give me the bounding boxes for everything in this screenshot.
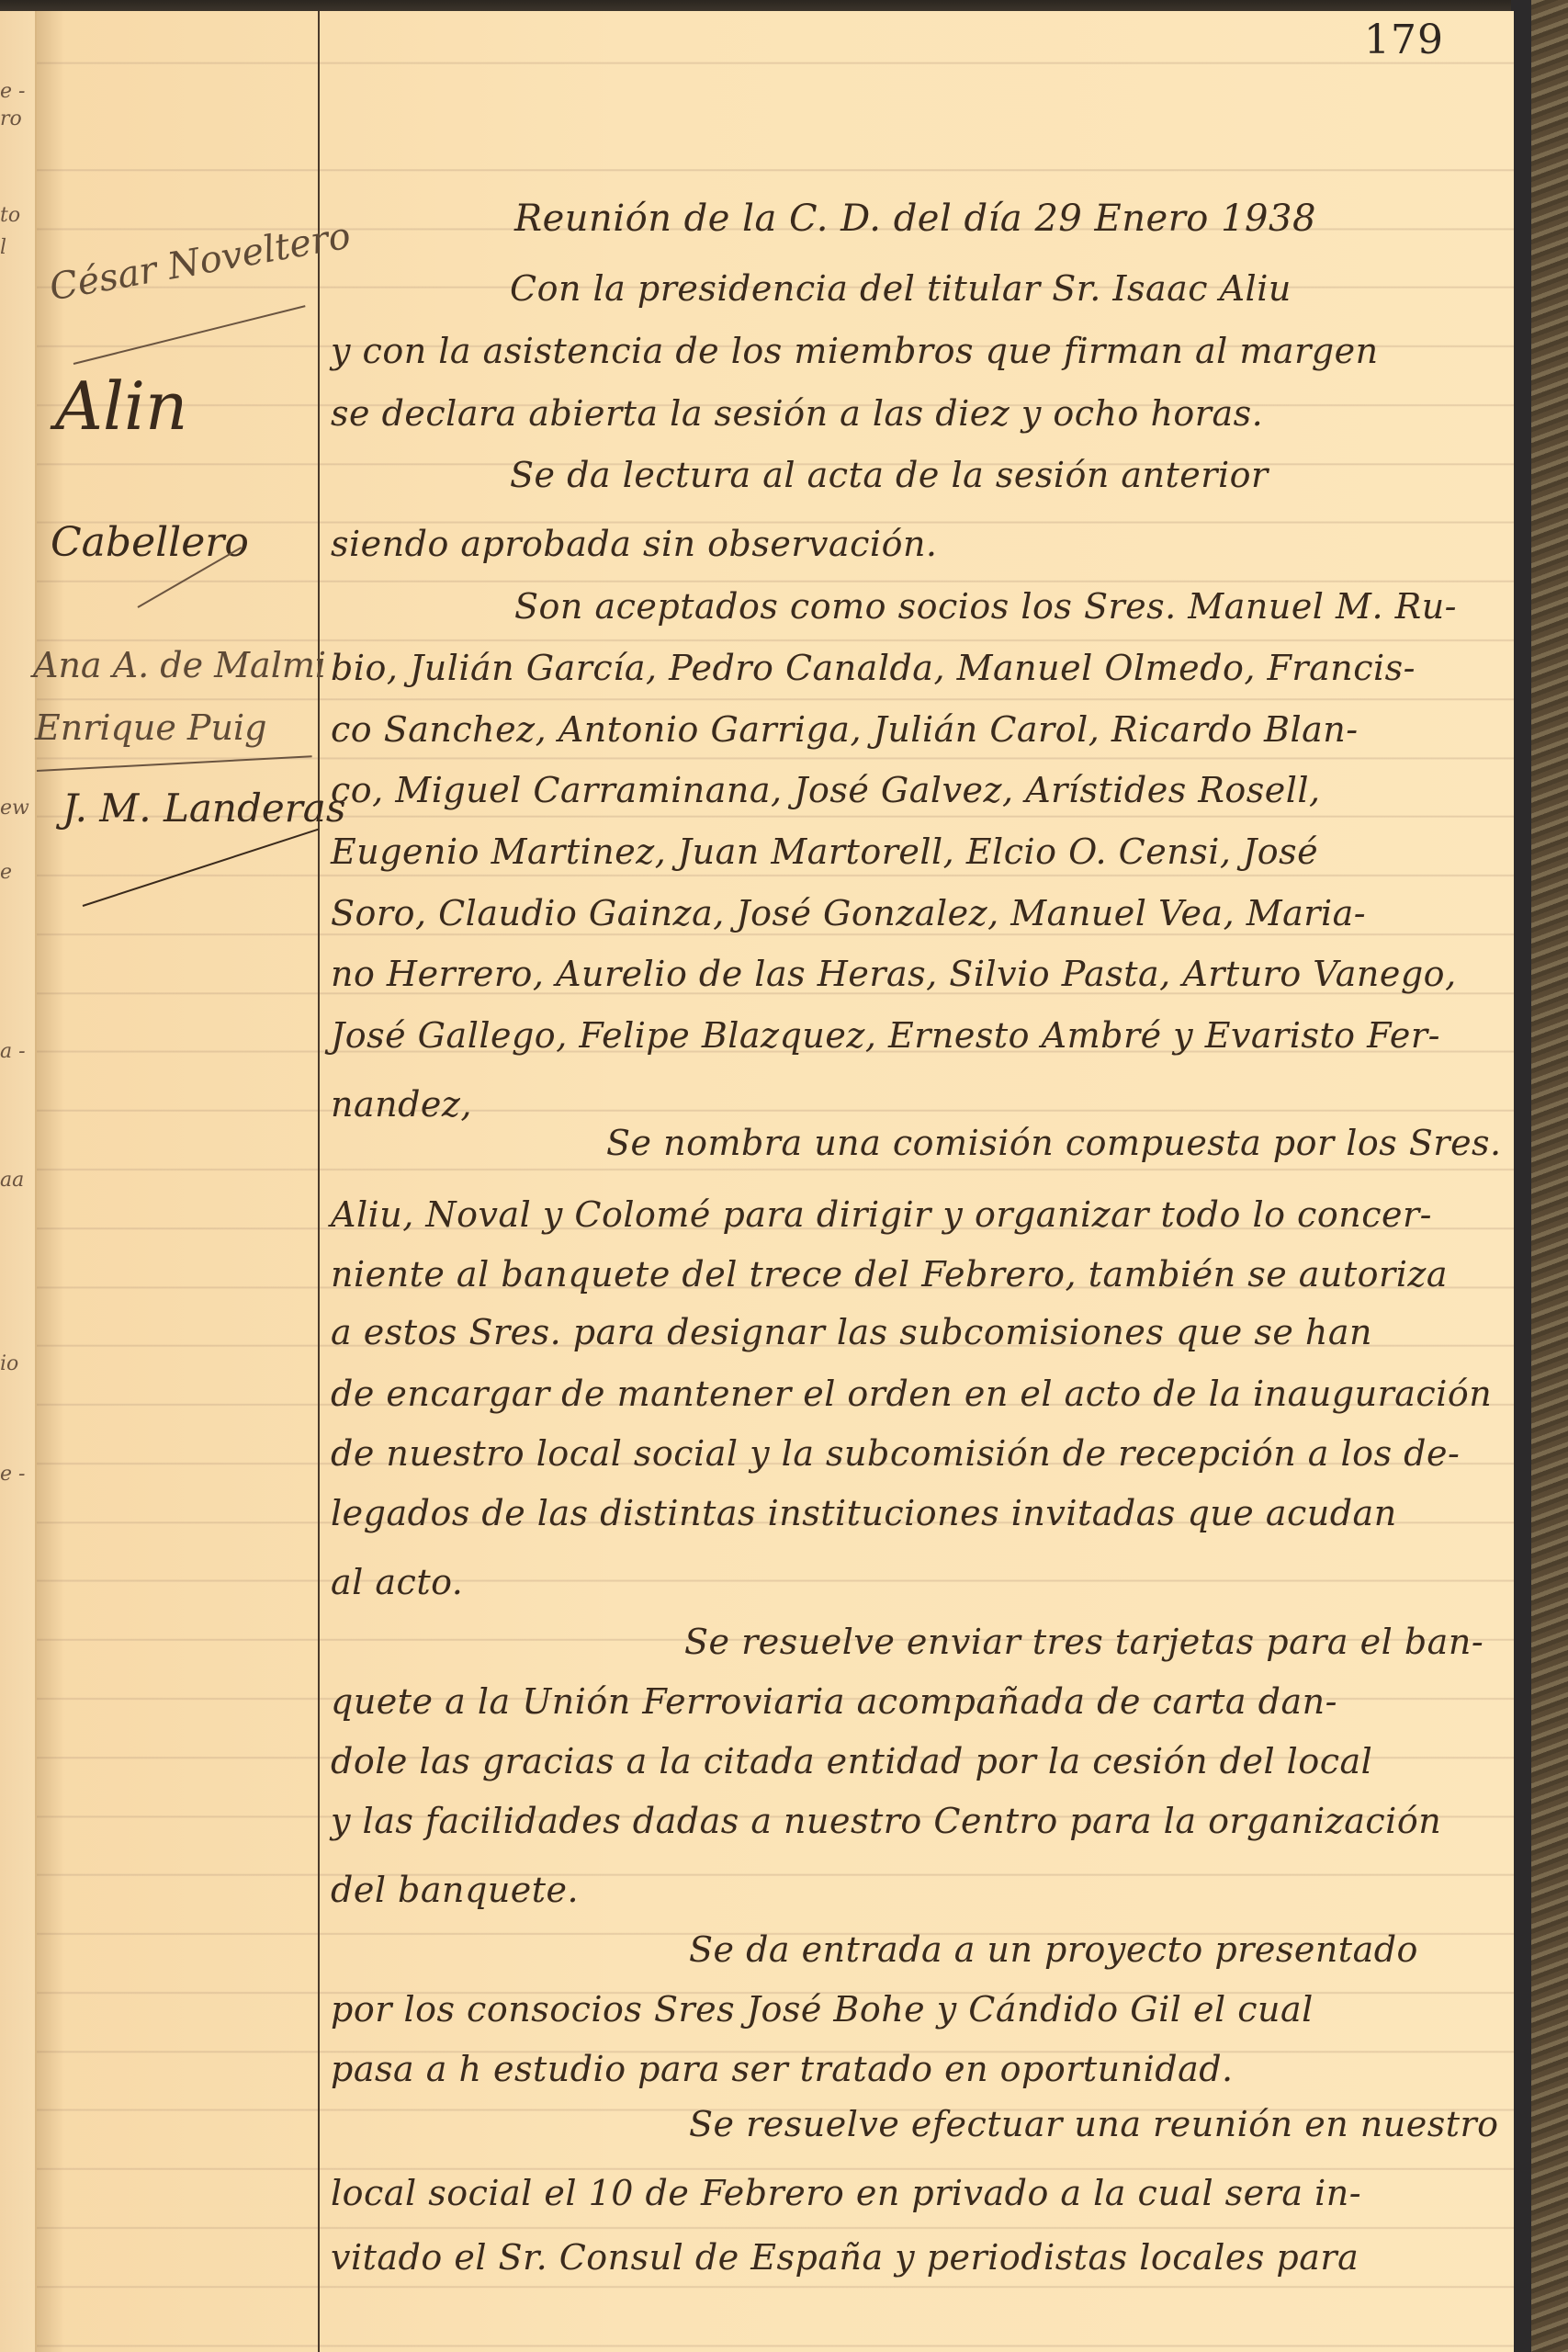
text-line: y las facilidades dadas a nuestro Centro… bbox=[331, 1801, 1441, 1841]
signature: J. M. Landeras bbox=[62, 786, 345, 831]
facing-fragment: a - bbox=[0, 1040, 26, 1063]
text-line: Eugenio Martinez, Juan Martorell, Elcio … bbox=[331, 831, 1318, 872]
facing-fragment: l bbox=[0, 236, 6, 259]
text-line: José Gallego, Felipe Blazquez, Ernesto A… bbox=[331, 1015, 1440, 1056]
text-line: se declara abierta la sesión a las diez … bbox=[331, 393, 1263, 434]
text-line: de encargar de mantener el orden en el a… bbox=[331, 1374, 1492, 1414]
facing-fragment: to bbox=[0, 204, 20, 227]
text-line: bio, Julián García, Pedro Canalda, Manue… bbox=[331, 648, 1416, 688]
text-line: Son aceptados como socios los Sres. Manu… bbox=[514, 586, 1457, 627]
text-line: Se resuelve efectuar una reunión en nues… bbox=[689, 2104, 1499, 2144]
text-line: del banquete. bbox=[331, 1870, 579, 1910]
cover-edge-strip bbox=[1511, 0, 1531, 2352]
page-number: 179 bbox=[1364, 17, 1444, 63]
text-line: Con la presidencia del titular Sr. Isaac… bbox=[510, 268, 1292, 309]
text-line: local social el 10 de Febrero en privado… bbox=[331, 2173, 1361, 2213]
text-line: Se da entrada a un proyecto presentado bbox=[689, 1929, 1418, 1970]
facing-page-edge: e - ro to l ew e a - aa io e - bbox=[0, 11, 37, 2352]
signature: Enrique Puig bbox=[35, 707, 266, 748]
text-line: Soro, Claudio Gainza, José Gonzalez, Man… bbox=[331, 893, 1366, 933]
margin-rule bbox=[318, 11, 320, 2352]
text-line: legados de las distintas instituciones i… bbox=[331, 1493, 1397, 1533]
facing-fragment: ew bbox=[0, 797, 29, 820]
text-line: Se nombra una comisión compuesta por los… bbox=[606, 1123, 1502, 1163]
text-line: por los consocios Sres José Bohe y Cándi… bbox=[331, 1989, 1314, 2030]
text-line: siendo aprobada sin observación. bbox=[331, 524, 938, 564]
gutter-shadow bbox=[37, 11, 64, 2352]
text-line: quete a la Unión Ferroviaria acompañada … bbox=[331, 1681, 1337, 1722]
text-line: nandez, bbox=[331, 1084, 472, 1125]
text-line: a estos Sres. para designar las subcomis… bbox=[331, 1312, 1372, 1352]
text-line: y con la asistencia de los miembros que … bbox=[331, 331, 1379, 371]
facing-fragment: io bbox=[0, 1352, 18, 1375]
meeting-title: Reunión de la C. D. del día 29 Enero 193… bbox=[514, 198, 1316, 240]
text-line: de nuestro local social y la subcomisión… bbox=[331, 1433, 1460, 1474]
text-line: al acto. bbox=[331, 1562, 463, 1602]
facing-fragment: e - bbox=[0, 80, 25, 103]
text-line: niente al banquete del trece del Febrero… bbox=[331, 1254, 1448, 1295]
facing-fragment: ro bbox=[0, 107, 22, 130]
facing-fragment: e - bbox=[0, 1463, 25, 1486]
text-line: Se resuelve enviar tres tarjetas para el… bbox=[684, 1622, 1483, 1662]
facing-fragment: aa bbox=[0, 1169, 24, 1192]
text-line: dole las gracias a la citada entidad por… bbox=[331, 1741, 1372, 1781]
text-line: pasa a h estudio para ser tratado en opo… bbox=[331, 2049, 1234, 2089]
text-line: co Sanchez, Antonio Garriga, Julián Caro… bbox=[331, 709, 1359, 750]
signature: Ana A. de Malmi bbox=[33, 645, 326, 685]
text-line: Se da lectura al acta de la sesión anter… bbox=[510, 455, 1269, 495]
text-line: vitado el Sr. Consul de España y periodi… bbox=[331, 2237, 1359, 2278]
text-line: co, Miguel Carraminana, José Galvez, Arí… bbox=[331, 770, 1321, 810]
text-line: Aliu, Noval y Colomé para dirigir y orga… bbox=[331, 1194, 1432, 1235]
facing-fragment: e bbox=[0, 861, 12, 884]
signature: Alin bbox=[55, 367, 187, 445]
text-line: no Herrero, Aurelio de las Heras, Silvio… bbox=[331, 954, 1457, 994]
